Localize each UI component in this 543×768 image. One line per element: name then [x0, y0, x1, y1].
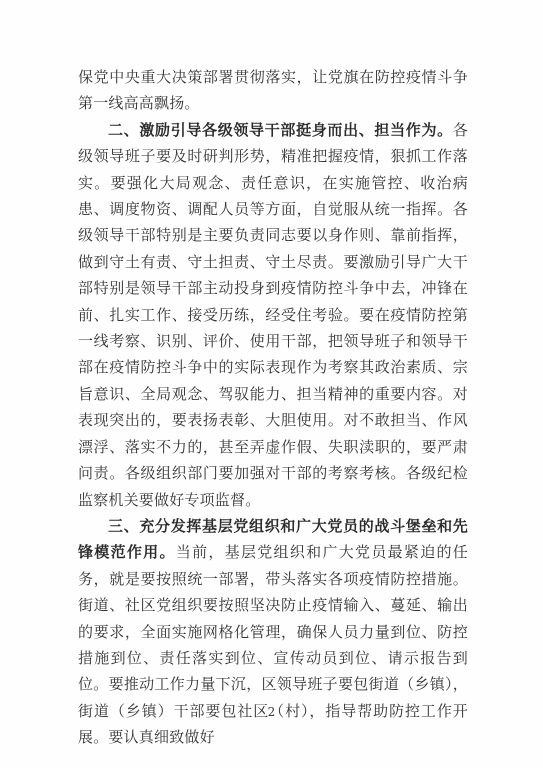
text-segment: 各级领导班子要及时研判形势，精准把握疫情，狠抓工作落实。要强化大局观念、责任意识…: [78, 121, 468, 509]
section-heading-segment: 二、激励引导各级领导干部挺身而出、担当作为。: [108, 121, 453, 139]
text-segment: 保党中央重大决策部署贯彻落实，让党旗在防控疫情斗争第一线高高飘扬。: [78, 68, 468, 112]
paragraph: 二、激励引导各级领导干部挺身而出、担当作为。各级领导班子要及时研判形势，精准把握…: [78, 117, 468, 513]
document-page: 保党中央重大决策部署贯彻落实，让党旗在防控疫情斗争第一线高高飘扬。二、激励引导各…: [0, 0, 543, 768]
paragraph: 保党中央重大决策部署贯彻落实，让党旗在防控疫情斗争第一线高高飘扬。: [78, 64, 468, 117]
document-body: 保党中央重大决策部署贯彻落实，让党旗在防控疫情斗争第一线高高飘扬。二、激励引导各…: [78, 64, 468, 751]
page-number: 2: [0, 705, 543, 719]
